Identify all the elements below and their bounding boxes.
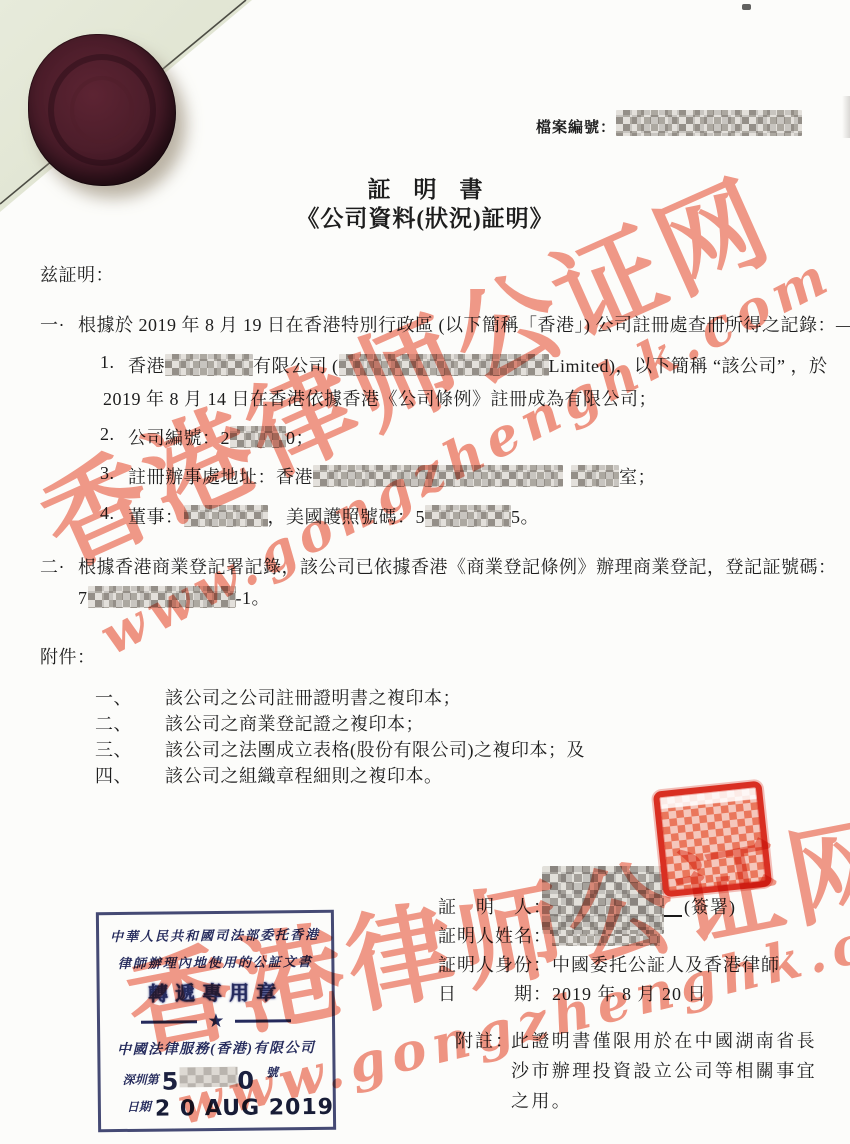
item-2-company-no-redacted	[230, 426, 286, 448]
item-3-seg-a: 註冊辦事處地址：香港	[128, 467, 313, 487]
attachment-2-number: 二、	[95, 710, 165, 736]
signature-redacted	[542, 866, 664, 934]
item-4-seg-a: 董事：	[128, 507, 184, 527]
notarial-certificate-page: 檔案編號： 証 明 書 《公司資料(狀況)証明》 兹証明： 一· 根據於 201…	[0, 0, 850, 1144]
stamp-date-row: 日期2 0 AUG 2019	[127, 1095, 359, 1122]
clause-2-line-2: 7-1。	[78, 584, 270, 610]
certifier-name-label: 証明人姓名：	[438, 926, 552, 946]
attachments-label: 附件：	[40, 643, 96, 669]
attachment-3: 三、 該公司之法團成立表格(股份有限公司)之複印本；及	[95, 736, 585, 762]
attachment-1-number: 一、	[95, 684, 165, 710]
item-3-text: 註冊辦事處地址：香港室；	[128, 463, 656, 489]
certifier-identity-value: 中國委托公証人及香港律師	[552, 955, 780, 975]
item-4: 4. 董事：，美國護照號碼：55。	[100, 503, 539, 529]
stamp-title: 轉遞專用章	[100, 976, 332, 1007]
certifier-identity-label: 証明人身份：	[438, 955, 552, 975]
item-2-text: 公司編號：20；	[128, 424, 314, 450]
clause-2-text: 根據香港商業登記署記錄，該公司已依據香港《商業登記條例》辦理商業登記，登記証號碼…	[78, 553, 837, 579]
item-1-line-2: 2019 年 8 月 14 日在香港依據香港《公司條例》註冊成為有限公司；	[103, 385, 657, 411]
transfer-stamp: 中華人民共和國司法部委托香港 律師辦理內地使用的公証文書 轉遞專用章 ★ 中國法…	[96, 910, 336, 1132]
item-1-text: 香港有限公司 (Limited)，以下簡稱 “該公司” ，於	[128, 352, 827, 378]
stamp-serial-last-digit: 0	[237, 1067, 255, 1095]
clause-2-marker: 二·	[40, 553, 78, 579]
certifier-identity-row: 証明人身份：中國委托公証人及香港律師	[438, 951, 780, 977]
item-1-seg-c: Limited)，以下簡稱 “該公司” ，於	[549, 356, 828, 376]
divider-line-left	[141, 1020, 197, 1024]
star-icon: ★	[207, 1010, 224, 1033]
stamp-serial-first-digit: 5	[162, 1067, 180, 1095]
red-square-seal	[653, 781, 772, 898]
intro-line: 兹証明：	[40, 261, 114, 287]
stamp-serial-suffix: 號	[266, 1065, 278, 1079]
clause-1: 一· 根據於 2019 年 8 月 19 日在香港特別行政區 (以下簡稱「香港」…	[40, 311, 850, 337]
item-1-company-name-en-redacted	[339, 354, 549, 376]
stamp-serial-redacted	[179, 1067, 237, 1088]
item-4-seg-b: ，美國護照號碼：5	[268, 507, 426, 527]
note-text: 此證明書僅限用於在中國湖南省長沙市辦理投資設立公司等相關事宜之用。	[511, 1026, 817, 1116]
file-number-label: 檔案編號：	[536, 120, 616, 136]
clause-2-reg-no-prefix: 7	[78, 588, 88, 608]
item-3: 3. 註冊辦事處地址：香港室；	[100, 463, 656, 489]
attachment-4-number: 四、	[95, 762, 165, 788]
item-1-seg-a: 香港	[128, 356, 165, 376]
attachment-2-text: 該公司之商業登記證之複印本；	[165, 710, 424, 736]
item-2-number: 2.	[100, 424, 128, 445]
item-4-seg-c: 5。	[511, 507, 539, 527]
sign-note: (簽署)	[684, 897, 736, 917]
wax-seal	[28, 34, 176, 186]
item-2: 2. 公司編號：20；	[100, 424, 314, 450]
certifier-label: 証 明 人：	[438, 897, 552, 917]
stamp-date-label: 日期	[127, 1100, 151, 1114]
item-3-seg-b: 室；	[619, 467, 656, 487]
item-1-seg-b: 有限公司 (	[253, 356, 339, 376]
stamp-line-2: 律師辦理內地使用的公証文書	[99, 951, 331, 972]
clause-2: 二· 根據香港商業登記署記錄，該公司已依據香港《商業登記條例》辦理商業登記，登記…	[40, 553, 837, 579]
clause-1-text: 根據於 2019 年 8 月 19 日在香港特別行政區 (以下簡稱「香港」) 公…	[78, 311, 850, 337]
attachment-3-number: 三、	[95, 736, 165, 762]
stamp-serial-prefix: 深圳第	[123, 1073, 159, 1087]
stamp-org: 中國法律服務(香港)有限公司	[100, 1037, 332, 1059]
note-label: 附註：	[455, 1027, 515, 1053]
divider-line-right	[235, 1019, 291, 1023]
item-1: 1. 香港有限公司 (Limited)，以下簡稱 “該公司” ，於	[100, 352, 827, 378]
scan-artifact-speck	[742, 4, 751, 10]
attachment-4: 四、 該公司之組織章程細則之複印本。	[95, 762, 443, 788]
item-1-company-name-cn-redacted	[165, 354, 253, 376]
stamp-divider: ★	[100, 1009, 332, 1034]
item-3-number: 3.	[100, 463, 128, 484]
stamp-line-1: 中華人民共和國司法部委托香港	[99, 924, 331, 945]
item-2-seg-b: 0；	[286, 428, 314, 448]
attachment-3-text: 該公司之法團成立表格(股份有限公司)之複印本；及	[165, 736, 585, 762]
item-3-address-redacted	[313, 465, 563, 487]
item-2-seg-a: 公司編號：2	[128, 428, 230, 448]
attachment-4-text: 該公司之組織章程細則之複印本。	[165, 762, 443, 788]
wax-seal-inner-ring	[70, 76, 134, 144]
item-3-unit-redacted	[571, 465, 619, 487]
clause-1-marker: 一·	[40, 311, 78, 337]
file-number-redacted	[616, 110, 802, 136]
item-1-number: 1.	[100, 352, 128, 373]
item-4-director-name-redacted	[184, 505, 268, 527]
file-number-row: 檔案編號：	[536, 110, 802, 137]
stamp-date-value: 2 0 AUG 2019	[155, 1095, 334, 1122]
attachment-1: 一、 該公司之公司註冊證明書之複印本；	[95, 684, 461, 710]
certify-date-label: 日 期：	[438, 984, 552, 1004]
clause-2-reg-no-suffix: -1。	[236, 588, 271, 608]
certify-date-value: 2019 年 8 月 20 日	[552, 984, 707, 1004]
item-4-text: 董事：，美國護照號碼：55。	[128, 503, 539, 529]
clause-2-reg-no-redacted	[88, 586, 236, 608]
item-4-passport-no-redacted	[425, 505, 511, 527]
certify-date-row: 日 期：2019 年 8 月 20 日	[438, 980, 707, 1006]
attachment-2: 二、 該公司之商業登記證之複印本；	[95, 710, 424, 736]
item-4-number: 4.	[100, 503, 128, 524]
stamp-serial-row: 深圳第 50 號	[122, 1063, 354, 1096]
scan-artifact-edge	[842, 96, 850, 138]
attachment-1-text: 該公司之公司註冊證明書之複印本；	[165, 684, 461, 710]
